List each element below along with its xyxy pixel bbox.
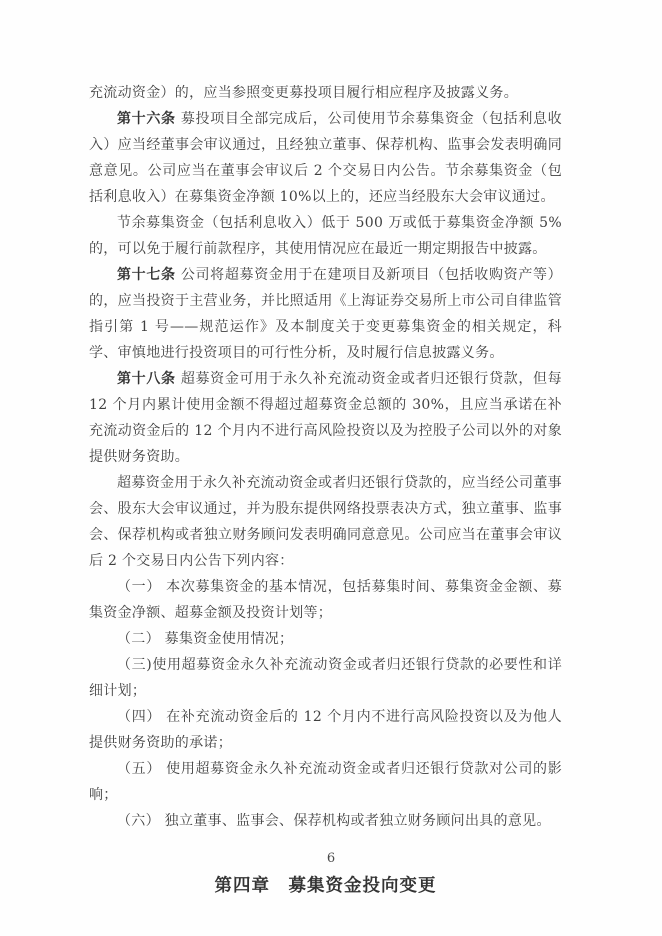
chapter-heading: 第四章 募集资金投向变更	[89, 872, 562, 900]
body-paragraph: （三)使用超募资金永久补充流动资金或者归还银行贷款的必要性和详细计划；	[89, 652, 562, 704]
body-paragraph: （四） 在补充流动资金后的 12 个月内不进行高风险投资以及为他人提供财务资助的…	[89, 704, 562, 756]
article-paragraph: 第十六条 募投项目全部完成后，公司使用节余募集资金（包括利息收入）应当经董事会审…	[89, 106, 562, 210]
document-body: 充流动资金）的，应当参照变更募投项目履行相应程序及披露义务。第十六条 募投项目全…	[89, 80, 562, 900]
body-paragraph: （六） 独立董事、监事会、保荐机构或者独立财务顾问出具的意见。	[89, 808, 562, 834]
page-number: 6	[0, 851, 662, 866]
article-number: 第十八条	[117, 371, 176, 387]
document-page: 充流动资金）的，应当参照变更募投项目履行相应程序及披露义务。第十六条 募投项目全…	[0, 0, 662, 936]
body-paragraph: 超募资金用于永久补充流动资金或者归还银行贷款的，应当经公司董事会、股东大会审议通…	[89, 470, 562, 574]
body-paragraph: 充流动资金）的，应当参照变更募投项目履行相应程序及披露义务。	[89, 80, 562, 106]
article-paragraph: 第十八条 超募资金可用于永久补充流动资金或者归还银行贷款，但每 12 个月内累计…	[89, 366, 562, 470]
article-number: 第十六条	[117, 111, 176, 127]
body-paragraph: （一） 本次募集资金的基本情况，包括募集时间、募集资金金额、募集资金净额、超募金…	[89, 574, 562, 626]
body-paragraph: 节余募集资金（包括利息收入）低于 500 万或低于募集资金净额 5%的，可以免于…	[89, 210, 562, 262]
article-paragraph: 第十七条 公司将超募资金用于在建项目及新项目（包括收购资产等）的，应当投资于主营…	[89, 262, 562, 366]
body-paragraph: （五） 使用超募资金永久补充流动资金或者归还银行贷款对公司的影响；	[89, 756, 562, 808]
article-number: 第十七条	[117, 267, 176, 283]
body-paragraph: （二） 募集资金使用情况；	[89, 626, 562, 652]
